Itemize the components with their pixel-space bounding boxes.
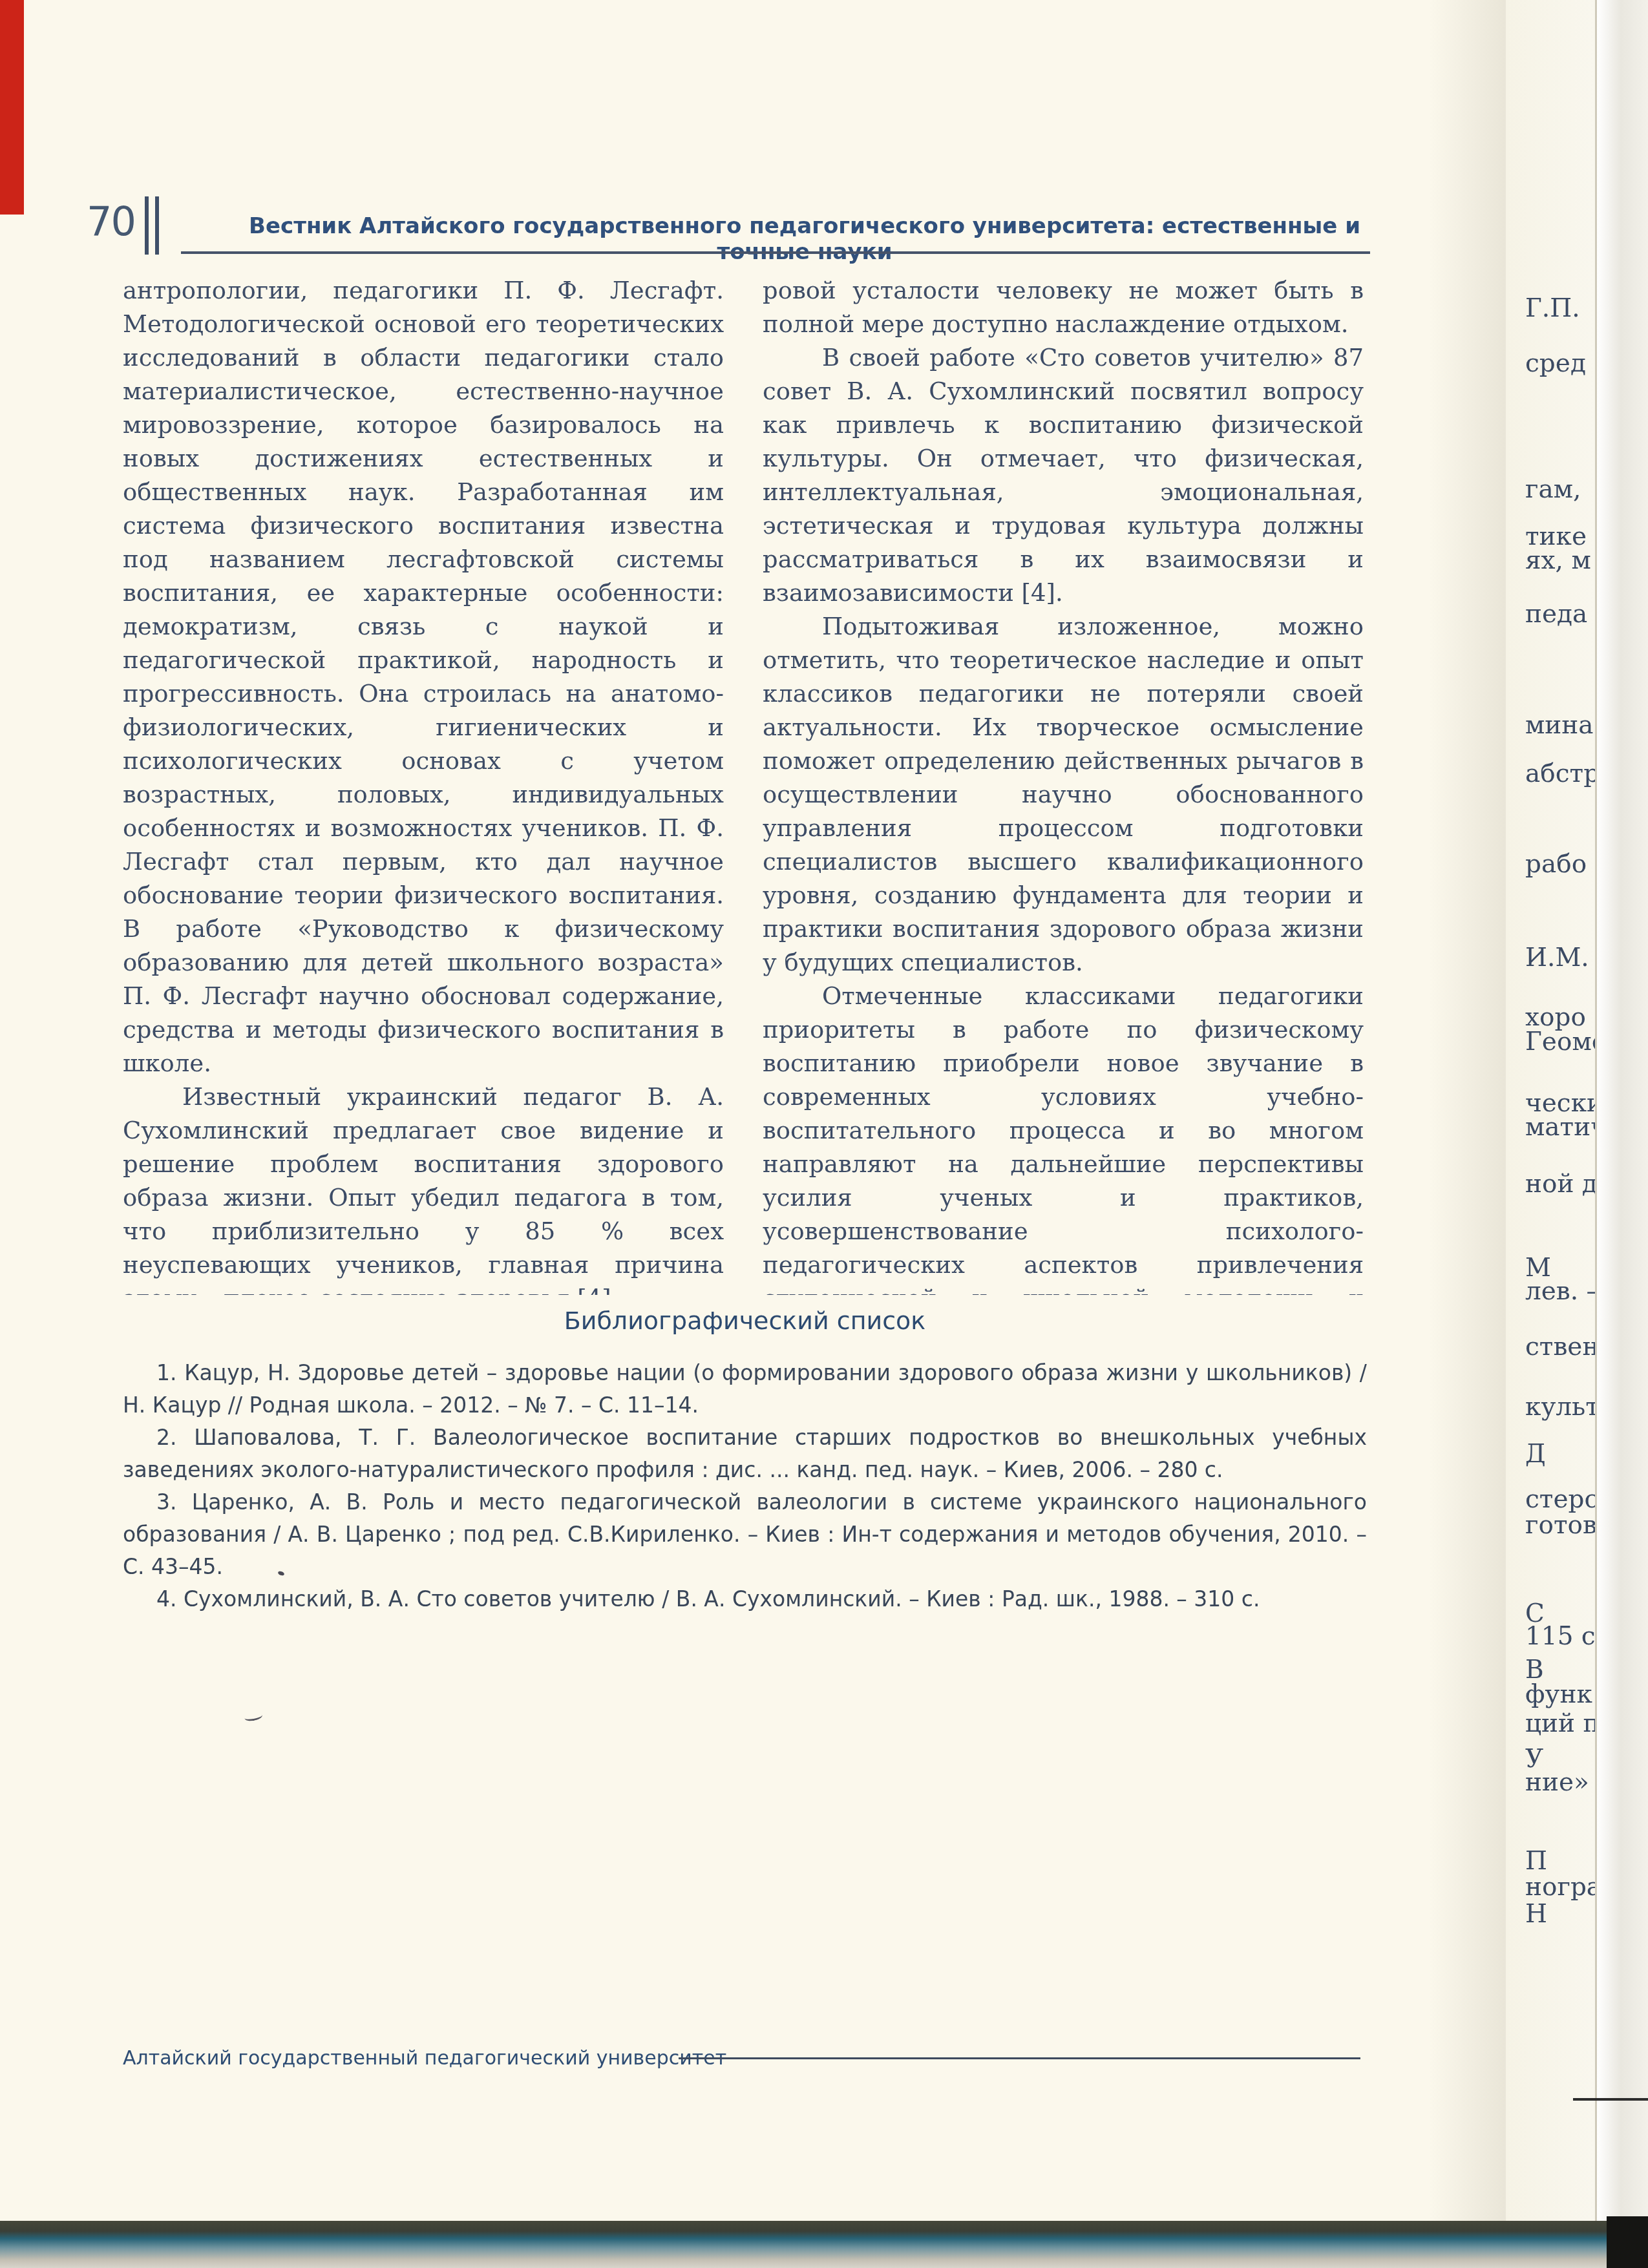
article-column-right: ровой усталости человеку не может быть в… [763,274,1364,1295]
scan-corner-black [1607,2216,1648,2268]
facing-page-fragment: мина [1525,711,1594,740]
facing-page-fragment: 115 с. [1525,1622,1603,1651]
facing-page-fragment: Геоме [1525,1027,1607,1056]
paragraph: В своей работе «Сто советов учителю» 87 … [763,341,1364,610]
bibliography-item: 1. Кацур, Н. Здоровье детей – здоровье н… [123,1357,1367,1422]
paragraph: ровой усталости человеку не может быть в… [763,274,1364,341]
footer-rule [679,2057,1360,2059]
bibliography-list: 1. Кацур, Н. Здоровье детей – здоровье н… [123,1357,1367,1615]
facing-page-fragment: функ [1525,1680,1592,1709]
facing-page-fragment: Д [1525,1440,1546,1469]
facing-page-fragment: ций п [1525,1709,1600,1738]
article-column-left: антропологии, педагогики П. Ф. Лесгафт. … [123,274,724,1295]
facing-page-fragment: И.М. [1525,943,1589,972]
header-divider-bar [155,196,159,255]
paragraph: Известный украинский педагог В. А. Сухом… [123,1080,724,1295]
header-divider-bar [145,196,149,255]
facing-page-fragment: стерс [1525,1485,1598,1514]
page-crease-shadow [1428,0,1506,2268]
scan-speck [244,1711,263,1723]
bibliography-heading: Библиографический список [123,1307,1367,1335]
bibliography-section: Библиографический список 1. Кацур, Н. Зд… [123,1307,1367,1615]
scanned-journal-page: 70 Вестник Алтайского государственного п… [0,0,1648,2268]
facing-page-footer-rule [1573,2098,1648,2101]
facing-page-fragment: культ [1525,1392,1600,1422]
journal-header-title: Вестник Алтайского государственного педа… [181,213,1370,265]
facing-page-fragment: П [1525,1847,1547,1876]
red-ribbon [0,0,24,215]
facing-page-fragment: педа [1525,600,1587,629]
facing-page-fragment: рабо [1525,850,1587,879]
page-number: 70 [87,198,135,245]
facing-page-fragment: готов [1525,1511,1597,1540]
footer-title: Алтайский государственный педагогический… [123,2047,726,2070]
paragraph: антропологии, педагогики П. Ф. Лесгафт. … [123,274,724,1080]
facing-page-fragment: ной д [1525,1170,1598,1199]
facing-page-fragment: сред [1525,349,1586,378]
facing-page-fragment: ствен [1525,1332,1599,1361]
facing-page-fragment: Н [1525,1900,1547,1929]
facing-page-fragments: Г.П.средгам,тикеях, мпедаминаабстррабоИ.… [1511,0,1596,2268]
paragraph: Подытоживая изложенное, можно отметить, … [763,610,1364,980]
facing-page-fragment: абстр [1525,759,1600,788]
facing-page-fragment: Г.П. [1525,294,1580,323]
facing-page-fragment: ях, м [1525,546,1591,575]
next-page-edge [1595,0,1648,2268]
header-rule [181,251,1370,254]
bibliography-item: 2. Шаповалова, Т. Г. Валеологическое вос… [123,1422,1367,1486]
facing-page-fragment: гам, [1525,475,1581,504]
bibliography-item: 3. Царенко, А. В. Роль и место педагогич… [123,1486,1367,1583]
bibliography-item: 4. Сухомлинский, В. А. Сто советов учите… [123,1583,1367,1615]
bottom-scan-band [0,2221,1648,2268]
paragraph: Отмеченные классиками педагогики приорит… [763,980,1364,1295]
facing-page-fragment: ногра [1525,1873,1601,1902]
facing-page-fragment: лев. – [1525,1277,1599,1306]
